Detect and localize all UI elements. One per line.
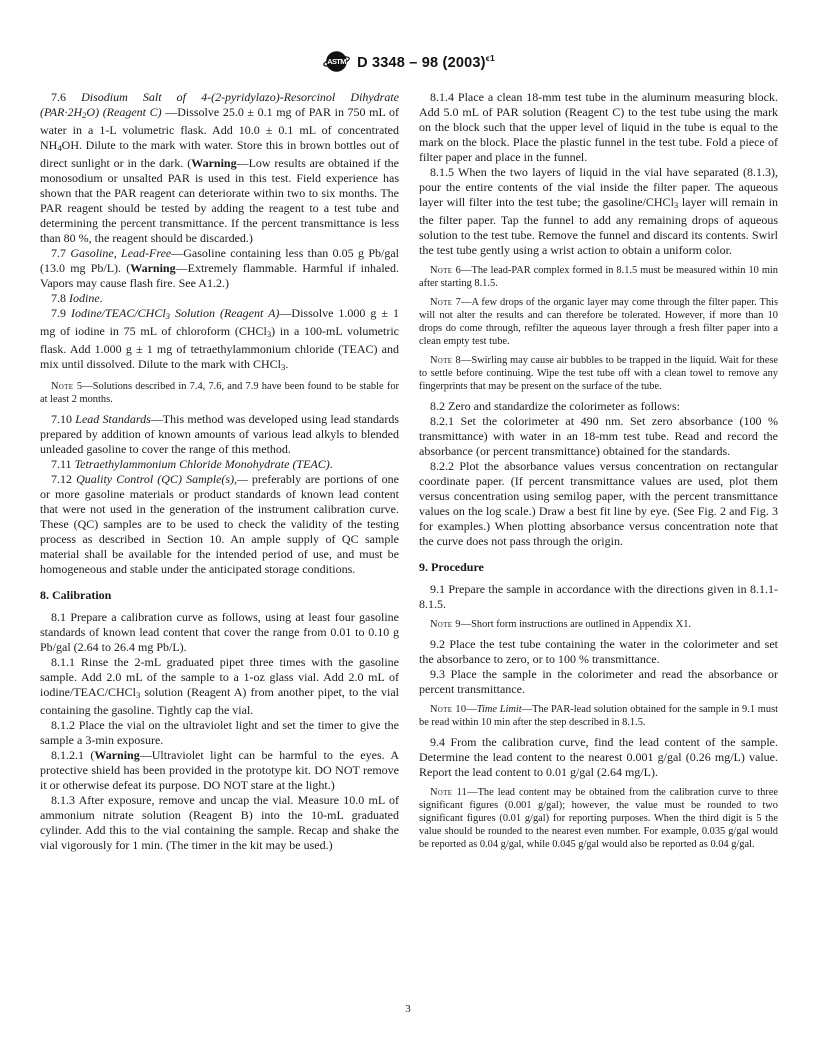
- text-run: .: [330, 457, 333, 471]
- clause-8-1-1: 8.1.1 Rinse the 2-mL graduated pipet thr…: [40, 655, 399, 718]
- text-run: —Short form instructions are outlined in…: [461, 619, 691, 630]
- clause-7-10: 7.10 Lead Standards—This method was deve…: [40, 412, 399, 457]
- text-run: 9.2 Place the test tube containing the w…: [419, 637, 778, 666]
- note-7: Note 7—A few drops of the organic layer …: [419, 296, 778, 348]
- text-run: 8. Calibration: [40, 588, 111, 602]
- clause-7-12: 7.12 Quality Control (QC) Sample(s),— pr…: [40, 472, 399, 577]
- text-run: 8.2 Zero and standardize the colorimeter…: [430, 399, 680, 413]
- clause-8-1-4: 8.1.4 Place a clean 18-mm test tube in t…: [419, 90, 778, 165]
- standard-designation: D 3348 – 98 (2003)ϵ1: [357, 53, 495, 71]
- note-8: Note 8—Swirling may cause air bubbles to…: [419, 354, 778, 393]
- text-run: 9. Procedure: [419, 560, 484, 574]
- text-run: Quality Control (QC) Sample(s),—: [76, 472, 248, 486]
- designation-text: D 3348 – 98 (2003): [357, 55, 486, 71]
- clause-8-2-2: 8.2.2 Plot the absorbance values versus …: [419, 459, 778, 549]
- document-header: ASTM D 3348 – 98 (2003)ϵ1: [40, 46, 778, 78]
- clause-7-11: 7.11 Tetraethylammonium Chloride Monohyd…: [40, 457, 399, 472]
- text-run: —A few drops of the organic layer may co…: [419, 297, 778, 347]
- text-run: Note 9: [430, 619, 461, 630]
- clause-8-1-5: 8.1.5 When the two layers of liquid in t…: [419, 165, 778, 258]
- text-run: Iodine/TEAC/CHCl: [71, 306, 166, 320]
- note-5: Note 5—Solutions described in 7.4, 7.6, …: [40, 380, 399, 406]
- text-run: O) (Reagent C): [86, 105, 165, 119]
- text-run: —The lead content may be obtained from t…: [419, 787, 778, 850]
- text-run: Note 5: [51, 381, 82, 392]
- text-run: 9.3 Place the sample in the colorimeter …: [419, 667, 778, 696]
- note-9: Note 9—Short form instructions are outli…: [419, 618, 778, 631]
- text-run: 9.1 Prepare the sample in accordance wit…: [419, 582, 778, 611]
- clause-8-2: 8.2 Zero and standardize the colorimeter…: [419, 399, 778, 414]
- two-column-body: 7.6 Disodium Salt of 4-(2-pyridylazo)-Re…: [40, 90, 778, 857]
- clause-7-8: 7.8 Iodine.: [40, 291, 399, 306]
- text-run: .: [100, 291, 103, 305]
- text-run: 7.10: [51, 412, 75, 426]
- text-run: Warning: [191, 156, 236, 170]
- text-run: Warning: [94, 748, 139, 762]
- text-run: 7.11: [51, 457, 75, 471]
- text-run: 8.1 Prepare a calibration curve as follo…: [40, 610, 399, 654]
- text-run: Note 10: [430, 704, 466, 715]
- clause-9-2: 9.2 Place the test tube containing the w…: [419, 637, 778, 667]
- document-page: ASTM D 3348 – 98 (2003)ϵ1 7.6 Disodium S…: [0, 0, 816, 1056]
- text-run: 7.7: [51, 246, 70, 260]
- clause-8-2-1: 8.2.1 Set the colorimeter at 490 nm. Set…: [419, 414, 778, 459]
- text-run: 8.1.2.1 (: [51, 748, 94, 762]
- text-run: 7.12: [51, 472, 76, 486]
- clause-9-1: 9.1 Prepare the sample in accordance wit…: [419, 582, 778, 612]
- text-run: 8.2.1 Set the colorimeter at 490 nm. Set…: [419, 414, 778, 458]
- text-run: Warning: [130, 261, 175, 275]
- text-run: Time Limit: [477, 704, 522, 715]
- text-run: preferably are portions of one or more g…: [40, 472, 399, 576]
- text-run: .: [285, 357, 288, 371]
- text-run: Note 6: [430, 265, 461, 276]
- text-run: Solution (Reagent A): [170, 306, 279, 320]
- clause-7-7: 7.7 Gasoline, Lead-Free—Gasoline contain…: [40, 246, 399, 291]
- text-run: Iodine: [69, 291, 100, 305]
- text-run: Tetraethylammonium Chloride Monohydrate …: [75, 457, 330, 471]
- text-run: 7.9: [51, 306, 71, 320]
- clause-9-4: 9.4 From the calibration curve, find the…: [419, 735, 778, 780]
- clause-9-3: 9.3 Place the sample in the colorimeter …: [419, 667, 778, 697]
- text-run: 8.2.2 Plot the absorbance values versus …: [419, 459, 778, 548]
- text-run: Note 11: [430, 787, 467, 798]
- text-run: Gasoline, Lead-Free: [70, 246, 171, 260]
- clause-8-1-2: 8.1.2 Place the vial on the ultraviolet …: [40, 718, 399, 748]
- text-run: Note 8: [430, 355, 461, 366]
- text-run: —The lead-PAR complex formed in 8.1.5 mu…: [419, 265, 778, 289]
- clause-7-9: 7.9 Iodine/TEAC/CHCl3 Solution (Reagent …: [40, 306, 399, 375]
- clause-8-1: 8.1 Prepare a calibration curve as follo…: [40, 610, 399, 655]
- text-run: 8.1.3 After exposure, remove and uncap t…: [40, 793, 399, 852]
- text-run: 7.6: [51, 90, 81, 104]
- text-run: Note 7: [430, 297, 461, 308]
- right-column: 8.1.4 Place a clean 18-mm test tube in t…: [419, 90, 778, 857]
- text-run: —Swirling may cause air bubbles to be tr…: [419, 355, 778, 392]
- text-run: —Solutions described in 7.4, 7.6, and 7.…: [40, 381, 399, 405]
- text-run: 7.8: [51, 291, 69, 305]
- designation-superscript: ϵ1: [486, 53, 495, 63]
- note-6: Note 6—The lead-PAR complex formed in 8.…: [419, 264, 778, 290]
- text-run: —: [466, 704, 476, 715]
- clause-8-1-3: 8.1.3 After exposure, remove and uncap t…: [40, 793, 399, 853]
- left-column: 7.6 Disodium Salt of 4-(2-pyridylazo)-Re…: [40, 90, 399, 857]
- astm-logo-icon: ASTM: [323, 48, 350, 76]
- svg-text:ASTM: ASTM: [327, 57, 346, 66]
- clause-8-1-2-1: 8.1.2.1 (Warning—Ultraviolet light can b…: [40, 748, 399, 793]
- text-run: 8.1.2 Place the vial on the ultraviolet …: [40, 718, 399, 747]
- text-run: 9.4 From the calibration curve, find the…: [419, 735, 778, 779]
- text-run: 8.1.4 Place a clean 18-mm test tube in t…: [419, 90, 778, 164]
- heading-9-procedure: 9. Procedure: [419, 560, 778, 575]
- text-run: Lead Standards: [75, 412, 151, 426]
- note-11: Note 11—The lead content may be obtained…: [419, 786, 778, 851]
- page-number: 3: [0, 1003, 816, 1015]
- heading-8-calibration: 8. Calibration: [40, 588, 399, 603]
- note-10: Note 10—Time Limit—The PAR-lead solution…: [419, 703, 778, 729]
- clause-7-6: 7.6 Disodium Salt of 4-(2-pyridylazo)-Re…: [40, 90, 399, 246]
